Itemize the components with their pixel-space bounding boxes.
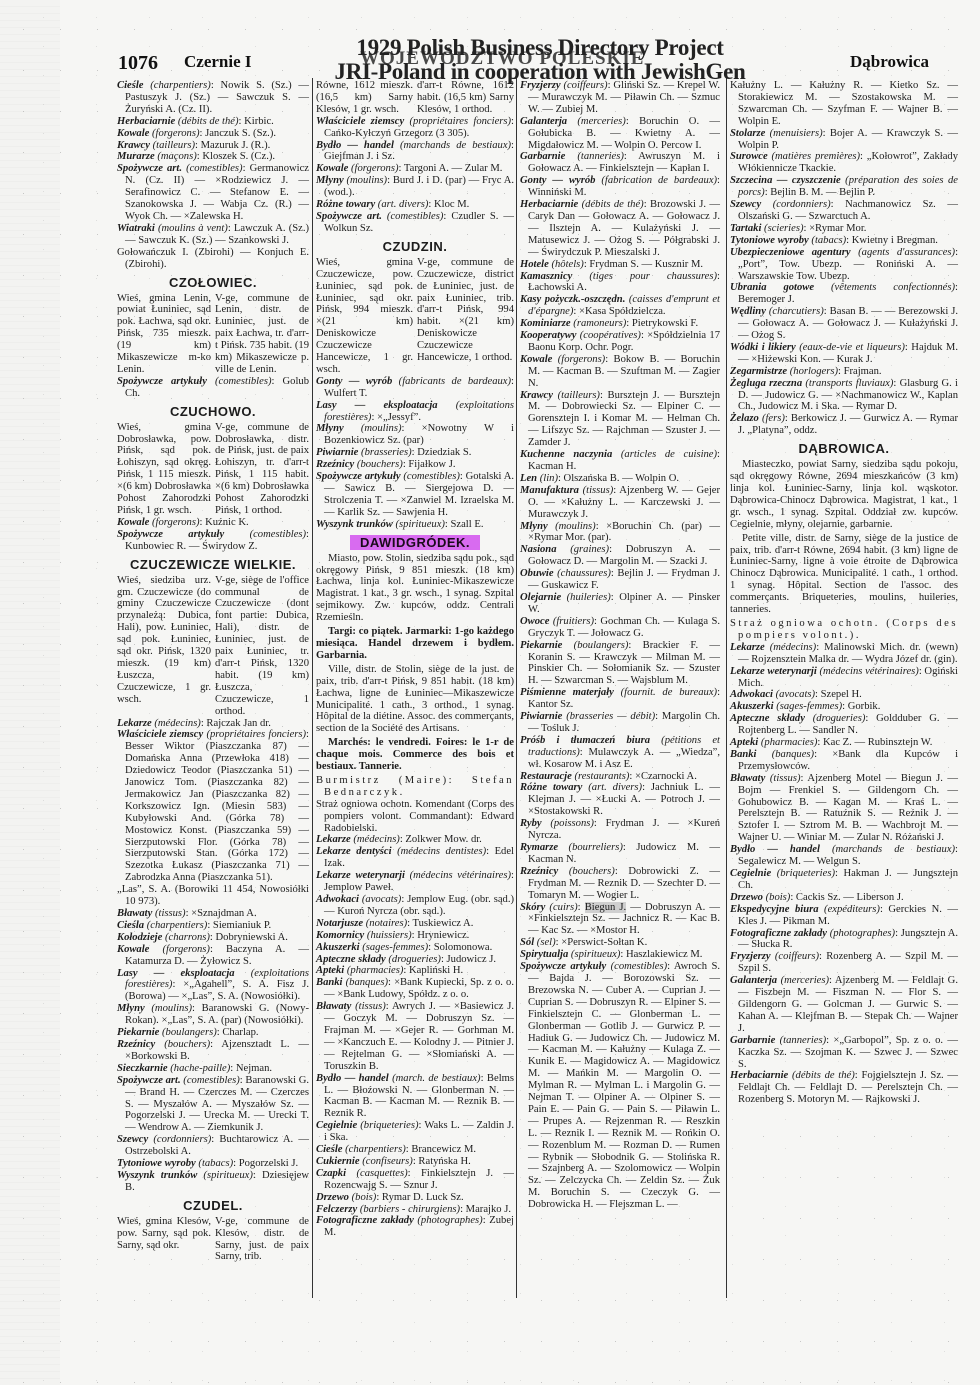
town-description: Wieś, gmina Klesów, pow. Sarny, sąd pok.… (117, 1216, 309, 1264)
trade-category-french: (fers) (759, 413, 785, 424)
trade-category-french: (tissus) (765, 773, 800, 784)
trade-category: Ekspedycyjne biura (730, 904, 819, 915)
directory-entry: Młyny (moulins): Burd J. i D. (par) — Fr… (316, 175, 514, 199)
trade-category: Kowale (117, 128, 149, 139)
business-names: : Rymar D. Luck Sz. (376, 1192, 463, 1203)
highlighted-name: Biegun J. (585, 902, 626, 913)
directory-entry: Bławaty (tissus): ×Sznajdman A. (117, 908, 309, 920)
directory-entry: Lasy — eksploatacja (exploitations fores… (316, 400, 514, 424)
directory-entry: Właściciele ziemscy (propriétaires fonci… (117, 729, 309, 884)
trade-category-french: (banques) (343, 977, 389, 988)
trade-category: Żegluga rzeczna (730, 378, 802, 389)
trade-category-french: (photographes) (827, 928, 895, 939)
trade-category: Właściciele ziemscy (117, 729, 203, 740)
directory-entry: Piśmienne materjały (fournit. de bureaux… (520, 687, 720, 711)
trade-category: Młyny (316, 175, 344, 186)
business-names: : Fijałkow J. (403, 459, 456, 470)
business-names: : Kapliński H. (403, 965, 463, 976)
directory-entry: Felczerzy (barbiers - chirurgiens): Mara… (316, 1204, 514, 1216)
description-polish: Wieś, gmina Czuczewicze, pow. Łuniniec, … (316, 257, 413, 376)
trade-category: Wyszynk trunków (117, 1170, 197, 1181)
directory-entry: Apteczne składy (drogueries): Judowicz J… (316, 954, 514, 966)
trade-category: Restauracje (520, 771, 572, 782)
entry-list: Właściciele ziemscy (propriétaires fonci… (316, 116, 514, 235)
mayor-line: Burmistrz (Maire): Stefan Bednarczyk. (316, 775, 514, 799)
description-polish: Wieś, gmina Dobrosławka, pow. Pińsk, sąd… (117, 422, 211, 517)
directory-entry: Bydło — handel (march. de bestiaux): Bel… (316, 1073, 514, 1121)
directory-entry: Banki (banques): ×Bank Kupiecki, Sp. z o… (316, 977, 514, 1001)
directory-entry: Kamasznicy (tiges pour chaussures): Łach… (520, 271, 720, 295)
business-names: : ×Rymar Mor. (803, 223, 866, 234)
trade-category: Gonty — wyrób (316, 376, 392, 387)
trade-category-french: (pharmacies) (758, 737, 817, 748)
trade-category: Cukiernie (316, 1156, 360, 1167)
trade-category-french: (forgerons) (149, 944, 210, 955)
trade-category: Piekarnie (117, 1027, 159, 1038)
trade-category-french: (fabricants de bardeaux) (392, 376, 511, 387)
directory-entry: Fryzjerzy (coiffeurs): Gliński Sz. — Kre… (520, 80, 720, 116)
trade-category-french: (débits de thé) (175, 116, 238, 127)
directory-entry: Akuszerki (sages-femmes): Solomonowa. (316, 942, 514, 954)
trade-category: Skóry (520, 902, 545, 913)
business-names: : Brancewicz M. (406, 1144, 476, 1155)
trade-category-french: (comestibles) (382, 211, 443, 222)
directory-entry: Różne towary (art. divers): Kloc M. (316, 199, 514, 211)
town-heading: CZUCHOWO. (117, 404, 309, 420)
trade-category-french: (moulins) (548, 521, 596, 532)
business-names: : Kac Z. — Rubinsztejn W. (817, 737, 932, 748)
trade-category-french: (hôtels) (549, 259, 584, 270)
description-french: V-ge, commune de Czuczewicze, district d… (417, 257, 514, 376)
business-names: „Las”, S. A. (Borowiki 11 454, Nowosiółk… (117, 884, 309, 907)
business-names: : Targoni A. — Zular M. (399, 163, 503, 174)
trade-category-french: (spiritueux) (568, 949, 620, 960)
directory-entry: Kowale (forgerons): Kuźnic K. (117, 517, 309, 529)
trade-category-french: (avocats) (773, 689, 815, 700)
directory-entry: Drzewo (bois): Rymar D. Luck Sz. (316, 1192, 514, 1204)
trade-category: Cieśle (316, 1144, 342, 1155)
description-polish: Wieś, siedziba urz. gm. Czuczewicze (do … (117, 575, 211, 718)
trade-category: Bławaty (316, 1001, 351, 1012)
trade-category-french: (expéditeurs) (819, 904, 880, 915)
directory-entry: Drzewo (bois): Cackis Sz. — Liberson J. (730, 892, 958, 904)
trade-category: Zegarmistrze (730, 366, 787, 377)
column-1: Cieśle (charpentiers): Nowik S. (Sz.) — … (117, 80, 309, 1263)
trade-category-french: (charpentiers) (143, 80, 210, 91)
directory-entry: Cegielnie (briqueteries): Waks L. — Zald… (316, 1120, 514, 1144)
trade-category-french: (sages-femmes) (774, 701, 843, 712)
trade-category: Fotograficzne zakłady (316, 1215, 414, 1226)
directory-entry: Obuwie (chaussures): Bejlin J. — Frydman… (520, 568, 720, 592)
business-names: : Charlap. (217, 1027, 259, 1038)
directory-entry: Hotele (hôtels): Frydman S. — Kusznir M. (520, 259, 720, 271)
trade-category: Piwiarnie (520, 711, 562, 722)
trade-category-french: (bouchers) (558, 866, 615, 877)
trade-category: Żelazo (730, 413, 759, 424)
trade-category: Szczecina — czyszczenie (730, 175, 841, 186)
directory-entry: Kowale (forgerons): Janczuk S. (Sz.). (117, 128, 309, 140)
trade-category-french: (bourreliers) (558, 842, 623, 853)
directory-entry: Stolarze (menuisiers): Bojer A. — Krawcz… (730, 128, 958, 152)
directory-entry: Kałużny L. — Kałużny R. — Kietko Sz. — S… (730, 80, 958, 128)
trade-category-french: (comestibles) (224, 529, 306, 540)
trade-category: Młyny (520, 521, 548, 532)
trade-category: Piekarnie (520, 640, 562, 651)
directory-entry: Wędliny (charcutiers): Basan B. — — Bere… (730, 306, 958, 342)
directory-entry: Bydło — handel (marchands de bestiaux): … (730, 844, 958, 868)
trade-category: Rymarze (520, 842, 558, 853)
trade-category: Owoce (520, 616, 549, 627)
business-names: : Ratyńska H. (413, 1156, 471, 1167)
column-2: Równe, 1612 mieszk. (16,5 km) Sarny Kles… (316, 80, 514, 1239)
directory-entry: Lasy — eksploatacja (exploitations fores… (117, 968, 309, 1004)
trade-category-french: (charcutiers) (766, 306, 824, 317)
directory-entry: Wyszynk trunków (spiritueux): Szall E. (316, 519, 514, 531)
entry-list: Lekarze (médecins): Zolkwer Mow. dr.Leka… (316, 834, 514, 1239)
business-names: Kałużny L. — Kałużny R. — Kietko Sz. — S… (730, 80, 958, 127)
trade-category: Bławaty (730, 773, 765, 784)
trade-category: Bławaty (117, 908, 152, 919)
trade-category-french: (spiritueux) (393, 519, 445, 530)
trade-category: Garbarnie (730, 1035, 775, 1046)
directory-entry: Kowale (forgerons): Bokow B. — Boruchin … (520, 354, 720, 390)
business-names: : Kwietny i Bregman. (846, 235, 938, 246)
business-names: : Cackis Sz. — Liberson J. (790, 892, 903, 903)
trade-category: Spożywcze artykuły (117, 529, 224, 540)
directory-entry: Ryby (poissons): Frydman J. — ×Kureń Nyr… (520, 818, 720, 842)
trade-category: Banki (730, 749, 757, 760)
directory-entry: Spożywcze artykuły (comestibles): Golub … (117, 376, 309, 400)
trade-category: Apteki (730, 737, 758, 748)
trade-category-french: (charrons) (162, 932, 210, 943)
trade-category-french: (march. de bestiaux) (389, 1073, 481, 1084)
trade-category: Tytoniowe wyroby (730, 235, 809, 246)
column-rule (726, 78, 727, 1298)
business-names: : Kirbic. (239, 116, 274, 127)
trade-category-french: (propriétaires fonciers) (203, 729, 306, 740)
trade-category-french: (merceries) (777, 975, 829, 986)
directory-entry: Ekspedycyjne biura (expéditeurs): Gercki… (730, 904, 958, 928)
trade-category-french: (poissons) (542, 818, 594, 829)
trade-category: Garbarnie (520, 151, 565, 162)
description-french: V-ge, siège de l'office communal de Czuc… (215, 575, 309, 718)
directory-entry: Piekarnie (boulangers): Brackier F. — Ko… (520, 640, 720, 688)
directory-entry: Cieśle (charpentiers): Brancewicz M. (316, 1144, 514, 1156)
trade-category-french: (drogueries) (386, 954, 441, 965)
business-names: : Bejlin B. M. — Bejlin P. (765, 187, 875, 198)
trade-category: Krawcy (117, 140, 150, 151)
directory-entry: Piwiarnie (brasseries — débit): Margolin… (520, 711, 720, 735)
directory-entry: Gołowańczuk I. (Zbirohi) — Konjuch E. (Z… (117, 247, 309, 271)
directory-entry: Fryzjerzy (coiffeurs): Rozenberg A. — Sz… (730, 951, 958, 975)
business-names: : ×„Jessyf”. (371, 412, 421, 423)
trade-category: Drzewo (730, 892, 763, 903)
trade-category-french: (médecins dentistes) (392, 846, 487, 857)
trade-category-french: (forgerons) (149, 517, 199, 528)
directory-entry: Kowale (forgerons): Targoni A. — Zular M… (316, 163, 514, 175)
trade-category-french: (tanneries) (565, 151, 624, 162)
entry-list: Gonty — wyrób (fabricants de bardeaux): … (316, 376, 514, 531)
trade-category-french: (fruitiers) (549, 616, 594, 627)
description-polish: Miasteczko, powiat Sarny, siedziba sądu … (730, 459, 958, 530)
directory-entry: Apteki (pharmacies): Kapliński H. (316, 965, 514, 977)
column-3: Fryzjerzy (coiffeurs): Gliński Sz. — Kre… (520, 80, 720, 1211)
entry-list: Kowale (forgerons): Kuźnic K.Spożywcze a… (117, 517, 309, 553)
directory-entry: Rymarze (bourreliers): Judowicz M. — Kac… (520, 842, 720, 866)
directory-entry: Szczecina — czyszczenie (préparation des… (730, 175, 958, 199)
page-number: 1076 (118, 52, 158, 75)
description-french: d'arr-t Równe, 1612 habit. (16,5 km) Sar… (417, 80, 514, 116)
trade-category-french: (casquettes) (346, 1168, 408, 1179)
trade-category-french: (barbiers - chirurgiens) (357, 1204, 460, 1215)
trade-category: Lekarze weterynarji (316, 870, 405, 881)
trade-category-french: (sel) (534, 937, 555, 948)
directory-entry: Sól (sel): ×Perswict-Sołtan K. (520, 937, 720, 949)
trade-category: Banki (316, 977, 343, 988)
trade-category: Fryzjerzy (730, 951, 771, 962)
trade-category: Piwiarnie (316, 447, 358, 458)
directory-entry: Spirytualja (spiritueux): Haszlakiewicz … (520, 949, 720, 961)
trade-category-french: (moulins) (145, 1003, 192, 1014)
business-names: : Siemianiuk P. (207, 920, 271, 931)
business-names: : Besser Wiktor (Piaszczanka 87) — Domań… (125, 729, 309, 883)
entry-list: Lekarze (médecins): Malinowski Mich. dr.… (730, 642, 958, 1106)
scan-left-edge (0, 0, 60, 1385)
trade-category: Spożywcze artykuły (117, 376, 207, 387)
running-head-right: Dąbrowica (850, 52, 929, 72)
column-rule (516, 78, 517, 1298)
trade-category: Rzeźnicy (520, 866, 558, 877)
trade-category: Rzeźnicy (117, 1039, 155, 1050)
trade-category-french: (maçons) (155, 151, 197, 162)
trade-category: Bydło — handel (730, 844, 820, 855)
business-names: : Gorbik. (842, 701, 880, 712)
trade-category: Cegielnie (316, 1120, 357, 1131)
trade-category-french: (transports fluviaux) (802, 378, 893, 389)
directory-entry: Ubezpieczeniowe agentury (agents d'assur… (730, 247, 958, 283)
trade-category-french: (eaux-de-vie et liqueurs) (796, 342, 905, 353)
trade-category: Kominiarze (520, 318, 571, 329)
trade-category: Wyszynk trunków (316, 519, 393, 530)
business-names: : Dziedziak S. (412, 447, 472, 458)
trade-category: Akuszerki (316, 942, 360, 953)
directory-entry: Bydło — handel (marchands de bestiaux): … (316, 140, 514, 164)
trade-category: Próśb i tłumaczeń biura (520, 735, 650, 746)
description-polish: Miasto, pow. Stolin, siedziba sądu pok.,… (316, 553, 514, 624)
directory-entry: Skóry (cuirs): Biegun J. — Dobruszyn A. … (520, 902, 720, 938)
trade-category: Krawcy (520, 390, 553, 401)
trade-category: Wędliny (730, 306, 766, 317)
market-info-polish: Targi: co piątek. Jarmarki: 1-go każdego… (316, 626, 514, 662)
business-names: : Judowicz J. (441, 954, 496, 965)
trade-category-french: (forgerons) (552, 354, 605, 365)
directory-entry: Żegluga rzeczna (transports fluviaux): G… (730, 378, 958, 414)
trade-category: Szewcy (117, 1134, 148, 1145)
trade-category-french: (merceries) (567, 116, 626, 127)
trade-category: Galanterja (520, 116, 567, 127)
description-french: V-ge, commune de Lenin, distr. de Łunini… (215, 293, 309, 376)
business-names: : Rajczak Jan dr. (201, 718, 271, 729)
entry-list: Cieśle (charpentiers): Nowik S. (Sz.) — … (117, 80, 309, 271)
trade-category-french: (sages-femmes) (360, 942, 429, 953)
trade-category: Hotele (520, 259, 549, 270)
directory-entry: Wódki i likiery (eaux-de-vie et liqueurs… (730, 342, 958, 366)
business-names: : Solomonowa. (428, 942, 492, 953)
directory-entry: Żelazo (fers): Berkowicz J. — Gurwicz A.… (730, 413, 958, 437)
directory-entry: Lekarze (médecins): Malinowski Mich. dr.… (730, 642, 958, 666)
town-heading: CZUCZEWICZE WIELKIE. (117, 557, 309, 573)
fire-brigade-line: Straż ogniowa ochotn. Komendant (Corps d… (316, 799, 514, 835)
directory-entry: Herbaciarnie (débits de thé): Fojgielszt… (730, 1070, 958, 1106)
trade-category-french: (forgerons) (348, 163, 398, 174)
trade-category-french: (charpentiers) (144, 920, 207, 931)
trade-category: Kasy pożyczk.-oszczędn. (520, 294, 625, 305)
trade-category-french: (comestibles) (401, 471, 460, 482)
description-french: V-ge, commune de Klesów, distr. de Sarny… (215, 1216, 309, 1264)
entry-list: Spożywcze artykuły (comestibles): Golub … (117, 376, 309, 400)
trade-category-french: (confiseurs) (360, 1156, 413, 1167)
trade-category-french: (propriétaires fonciers) (404, 116, 511, 127)
directory-entry: Spożywcze art. (comestibles): Germanowic… (117, 163, 309, 223)
trade-category: Spożywcze artykuły (316, 471, 401, 482)
town-description: Wieś, gmina Czuczewicze, pow. Łuniniec, … (316, 257, 514, 376)
directory-entry: Spożywcze art. (comestibles): Baranowski… (117, 1075, 309, 1135)
directory-entry: Garbarnie (tanneries): ×„Garbopol”, Sp. … (730, 1035, 958, 1071)
trade-category: Cegielnie (730, 868, 771, 879)
business-names: : Awroch S. — Bajda J. — Borozowski Sz. … (528, 961, 720, 1210)
trade-category-french: (médecins vétérinaires) (405, 870, 511, 881)
watermark-line-1: 1929 Polish Business Directory Project (300, 36, 780, 60)
business-names: : Haszlakiewicz M. (620, 949, 702, 960)
trade-category: Ubrania gotowe (730, 282, 814, 293)
running-head-left: Czernie I (184, 52, 252, 72)
directory-entry: Herbaciarnie (débits de thé): Brozowski … (520, 199, 720, 259)
town-heading: CZOŁOWIEC. (117, 275, 309, 291)
trade-category: Kooperatywy (520, 330, 577, 341)
trade-category-french: (brasseries — débit) (562, 711, 655, 722)
trade-category-french: (moulins à vent) (155, 223, 228, 234)
description-french: Ville, distr. de Stolin, siège de la jus… (316, 664, 514, 735)
business-names: : Hryniewicz. (412, 930, 470, 941)
directory-entry: Lekarze weterynarji (médecins vétérinair… (316, 870, 514, 894)
directory-entry: Piekarnie (boulangers): Charlap. (117, 1027, 309, 1039)
directory-entry: Rzeźnicy (bouchers): Ajzensztadt L. — ×B… (117, 1039, 309, 1063)
town-description: Wieś, gmina Lenin, powiat Łuniniec, sąd … (117, 293, 309, 376)
trade-category: Lekarze (316, 834, 351, 845)
trade-category-french: (bouchers) (155, 1039, 210, 1050)
trade-category-french: (forgerons) (149, 128, 199, 139)
trade-category-french: (notaires) (363, 918, 407, 929)
directory-entry: Spożywcze art. (comestibles): Czudler S.… (316, 211, 514, 235)
business-names: : Pogorzelski J. (233, 1158, 298, 1169)
trade-category: Kowale (520, 354, 552, 365)
entry-list: Lekarze (médecins): Rajczak Jan dr.Właśc… (117, 718, 309, 1194)
trade-category: Kamasznicy (520, 271, 572, 282)
directory-page: WOJEWÓDZTWO POLESKIE 1929 Polish Busines… (0, 0, 980, 1385)
trade-category-french: (photographes) (414, 1215, 483, 1226)
business-names: : Mazuruk J. (R.). (195, 140, 270, 151)
directory-entry: Piwiarnie (brasseries): Dziedziak S. (316, 447, 514, 459)
directory-entry: Rzeźnicy (bouchers): Fijałkow J. (316, 459, 514, 471)
directory-entry: Lekarze weterynarji (médecins vétérinair… (730, 666, 958, 690)
trade-category-french: (ramoneurs) (571, 318, 627, 329)
trade-category-french: (tailleurs) (150, 140, 195, 151)
trade-category: Lasy — eksploatacja (117, 968, 235, 979)
trade-category-french: (médecins) (765, 642, 816, 653)
directory-entry: Różne towary (art. divers): Jachniuk L. … (520, 782, 720, 818)
trade-category-french: (cordonniers) (148, 1134, 211, 1145)
trade-category-french: (moulins) (344, 423, 402, 434)
trade-category: Piśmienne materjały (520, 687, 614, 698)
trade-category: Apteczne składy (730, 713, 805, 724)
trade-category-french: (débits de thé) (578, 199, 643, 210)
trade-category: Lekarze (730, 642, 765, 653)
directory-entry: Spożywcze artykuły (comestibles): Kunbow… (117, 529, 309, 553)
directory-entry: Tytoniowe wyroby (tabacs): Kwietny i Bre… (730, 235, 958, 247)
trade-category: Murarze (117, 151, 155, 162)
trade-category: Herbaciarnie (730, 1070, 788, 1081)
directory-entry: Spożywcze artykuły (comestibles): Gotals… (316, 471, 514, 519)
trade-category: Młyny (117, 1003, 145, 1014)
description-polish: Wieś, gmina Lenin, powiat Łuniniec, sąd … (117, 293, 211, 376)
directory-entry: Komornicy (huissiers): Hryniewicz. (316, 930, 514, 942)
trade-category-french: (comestibles) (606, 961, 667, 972)
trade-category: Herbaciarnie (117, 116, 175, 127)
trade-category: Lekarze dentyści (316, 846, 392, 857)
directory-entry: Tartaki (scieries): ×Rymar Mor. (730, 223, 958, 235)
watermark-line-2: JRI-Poland in cooperation with JewishGen (300, 60, 780, 84)
trade-category-french: (comestibles) (207, 376, 272, 387)
trade-category-french: (tissus) (579, 485, 613, 496)
trade-category: Felczerzy (316, 1204, 357, 1215)
trade-category-french: (cordonniers) (761, 199, 830, 210)
trade-category-french: (tabacs) (809, 235, 846, 246)
trade-category: Apteczne składy (316, 954, 386, 965)
trade-category-french: (coopératives) (577, 330, 641, 341)
directory-entry: Wyszynk trunków (spiritueux): Dziesięjew… (117, 1170, 309, 1194)
trade-category: Spożywcze art. (117, 163, 182, 174)
town-heading: CZUDEL. (117, 1198, 309, 1214)
trade-category: Notarjusze (316, 918, 363, 929)
trade-category: Ubezpieczeniowe agentury (730, 247, 851, 258)
directory-entry: Cieśle (charpentiers): Nowik S. (Sz.) — … (117, 80, 309, 116)
trade-category: Len (520, 473, 537, 484)
trade-category: Różne towary (316, 199, 375, 210)
town-heading-highlighted: DAWIDGRÓDEK. (316, 535, 514, 551)
trade-category-french: (médecins) (351, 834, 400, 845)
trade-category: Drzewo (316, 1192, 349, 1203)
directory-entry: Młyny (moulins): Baranowski G. (Nowy-Rok… (117, 1003, 309, 1027)
trade-category-french: (pharmacies) (344, 965, 403, 976)
trade-category: Cieśla (117, 920, 144, 931)
trade-category: Manufaktura (520, 485, 579, 496)
trade-category-french: (agents d'assurances) (851, 247, 956, 258)
directory-entry: Szewcy (cordonniers): Buchtarowicz A. — … (117, 1134, 309, 1158)
trade-category: Kowale (117, 944, 149, 955)
entry-list: Fryzjerzy (coiffeurs): Gliński Sz. — Kre… (520, 80, 720, 1211)
trade-category-french: (graines) (557, 544, 610, 555)
directory-entry: Krawcy (tailleurs): Mazuruk J. (R.). (117, 140, 309, 152)
trade-category-french: (fabrication de bardeaux) (595, 175, 717, 186)
directory-entry: Restauracje (restaurants): ×Czarnocki A. (520, 771, 720, 783)
directory-entry: Len (lin): Olszańska B. — Wolpin O. (520, 473, 720, 485)
directory-entry: Lekarze (médecins): Zolkwer Mow. dr. (316, 834, 514, 846)
trade-category-french: (médecins) (152, 718, 201, 729)
directory-entry: Sieczkarnie (hache-paille): Nejman. (117, 1063, 309, 1075)
trade-category-french: (bois) (763, 892, 790, 903)
trade-category-french: (articles de cuisine) (612, 449, 717, 460)
trade-category: Adwokaci (316, 894, 359, 905)
